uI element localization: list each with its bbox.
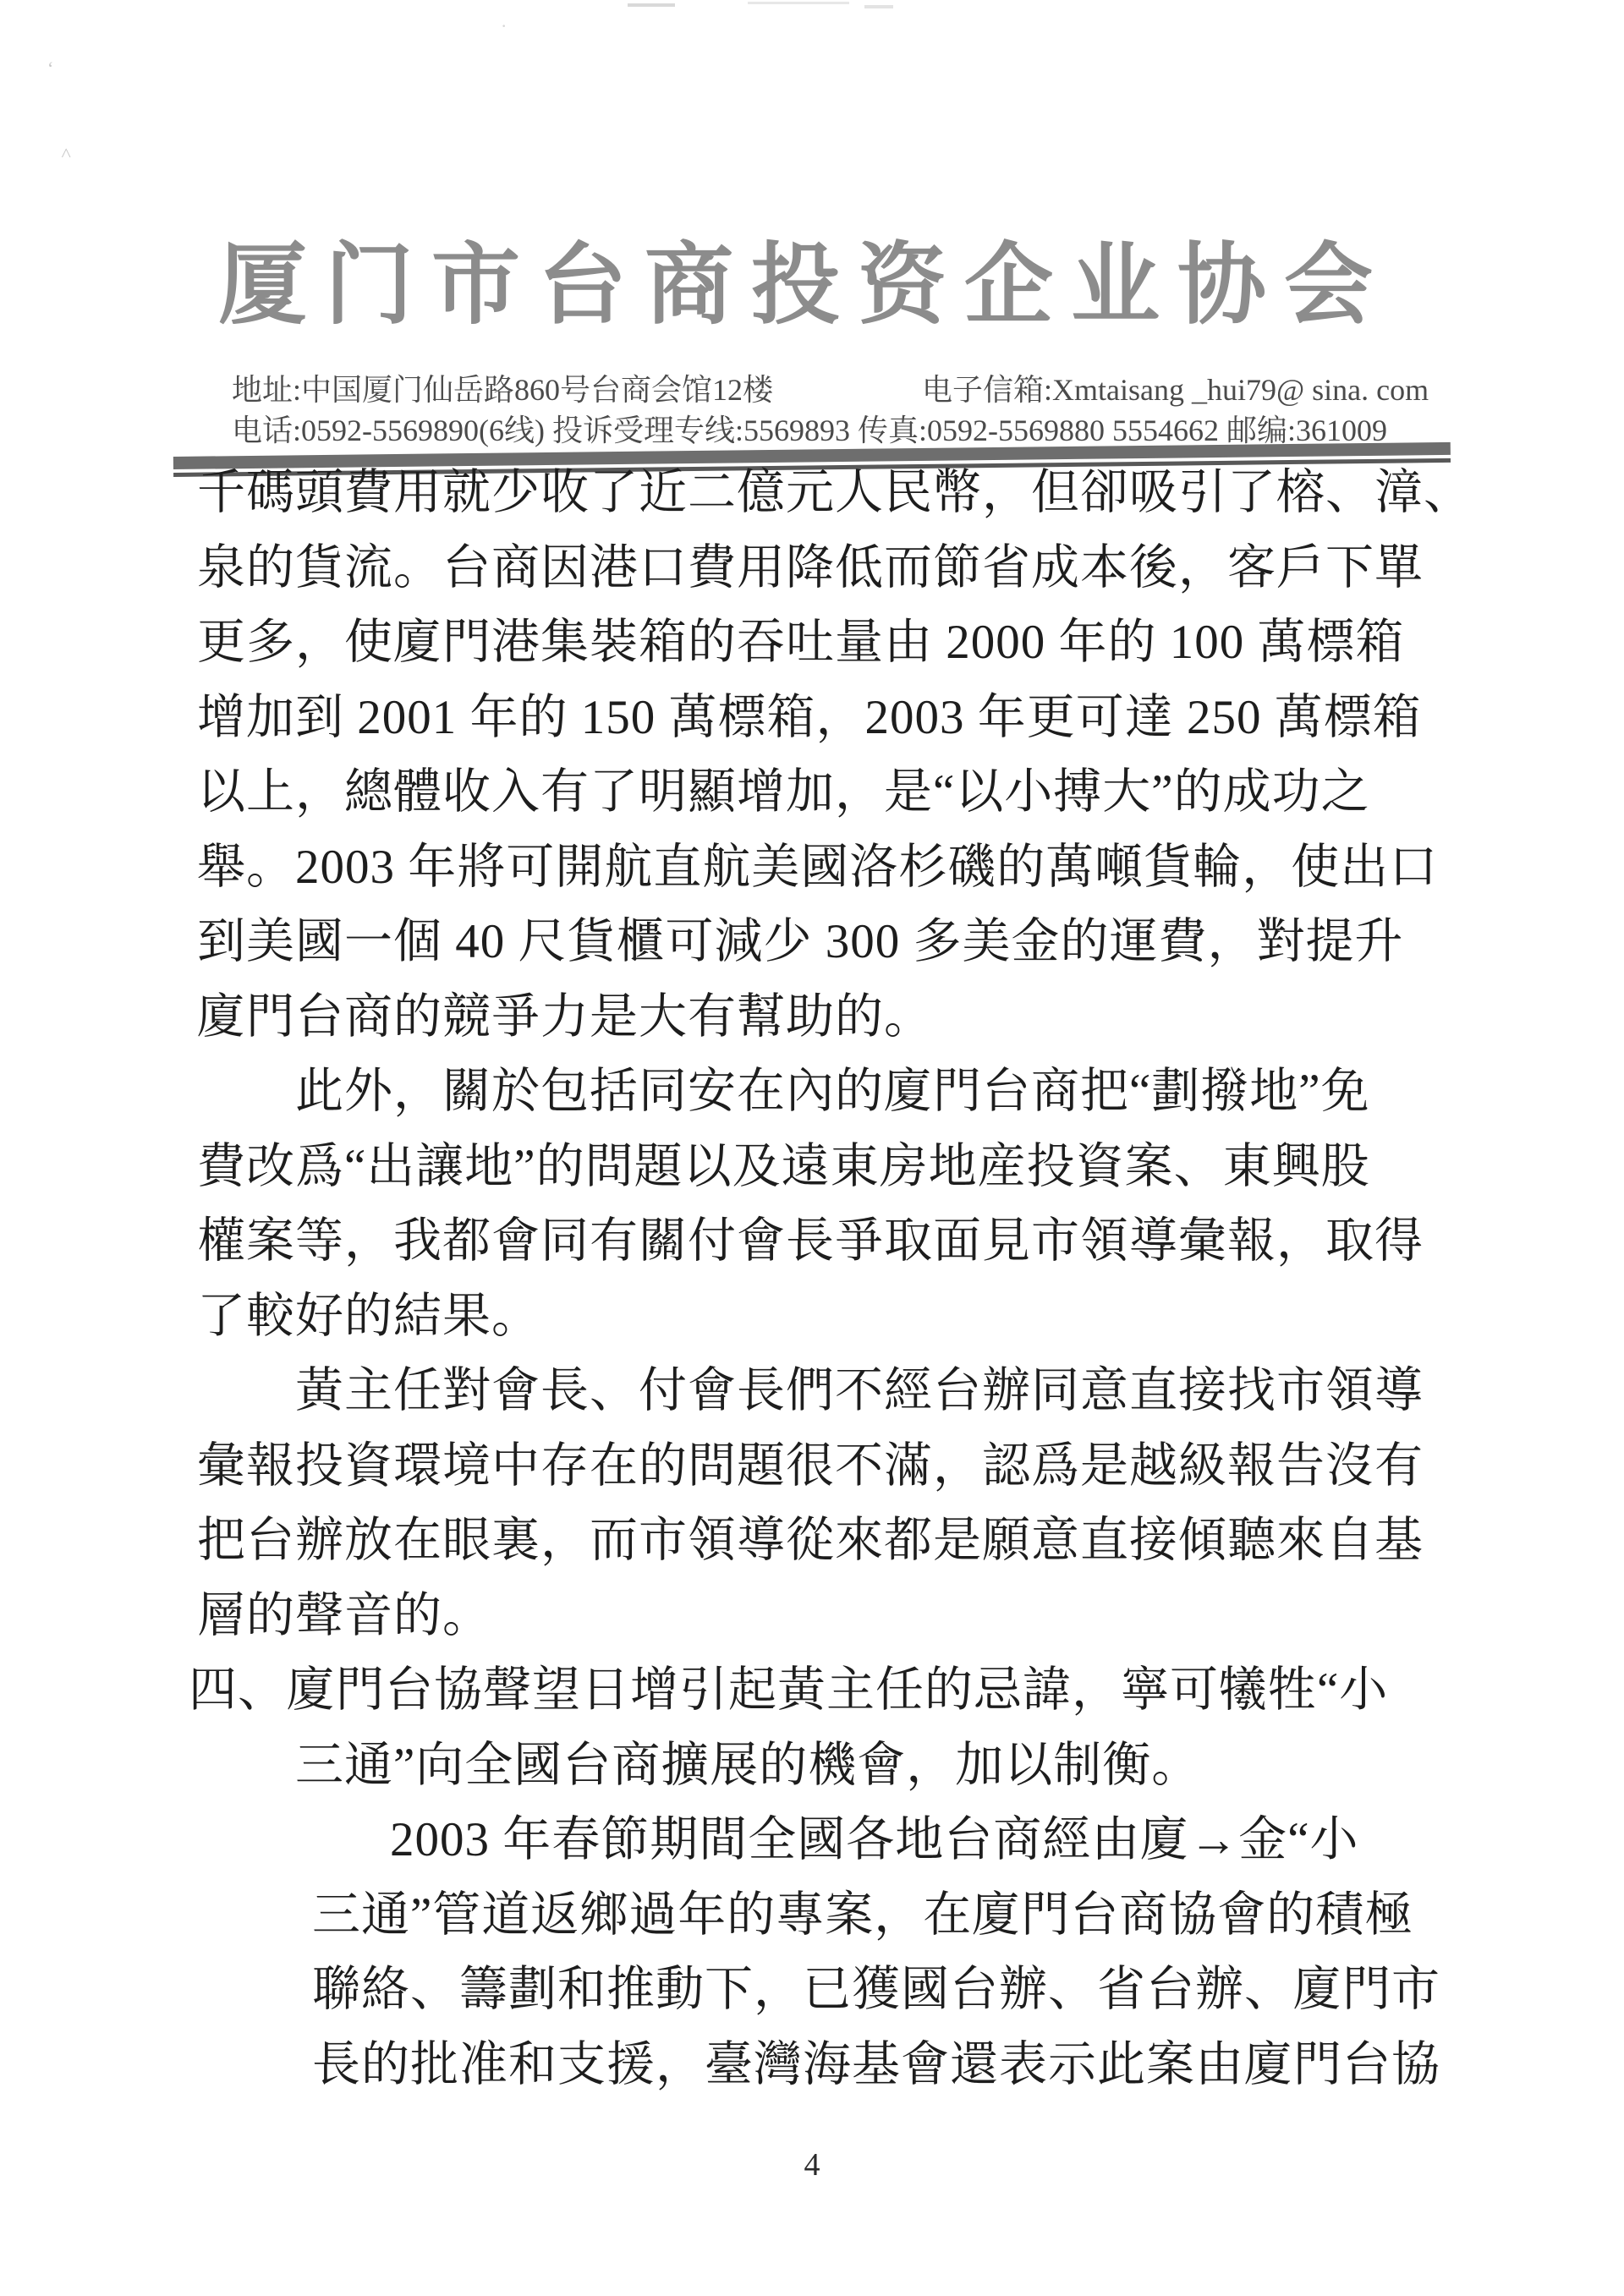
body-line: 更多，使廈門港集裝箱的吞吐量由 2000 年的 100 萬標箱: [197, 606, 1449, 681]
body-line: 到美國一個 40 尺貨櫃可減少 300 多美金的運費，對提升: [197, 905, 1449, 980]
body-line: 千碼頭費用就少收了近二億元人民幣，但卻吸引了榕、漳、: [197, 456, 1449, 531]
body-line: 2003 年春節期間全國各地台商經由廈→金“小: [197, 1803, 1449, 1878]
scan-artifact: ·: [501, 15, 507, 37]
header-contact-row-1: 地址:中国厦门仙岳路860号台商会馆12楼 电子信箱:Xmtaisang _hu…: [232, 370, 1416, 409]
body-line: 把台辦放在眼裏，而市領導從來都是願意直接傾聽來自基: [197, 1504, 1449, 1579]
letter-body: 千碼頭費用就少收了近二億元人民幣，但卻吸引了榕、漳、 泉的貨流。台商因港口費用降…: [197, 456, 1449, 2102]
body-line: 了較好的結果。: [197, 1280, 1449, 1355]
scanned-document-page: ʻ ˄ · 厦门市台商投资企业协会 地址:中国厦门仙岳路860号台商会馆12楼 …: [0, 0, 1624, 2296]
body-line: 泉的貨流。台商因港口費用降低而節省成本後，客戶下單: [197, 531, 1449, 606]
page-number: 4: [0, 2146, 1624, 2184]
body-line: 此外，關於包括同安在內的廈門台商把“劃撥地”免: [197, 1055, 1449, 1130]
body-line: 以上，總體收入有了明顯增加，是“以小搏大”的成功之: [197, 755, 1449, 830]
body-line: 聯絡、籌劃和推動下，已獲國台辦、省台辦、廈門市: [197, 1953, 1449, 2028]
body-line: 廈門台商的競爭力是大有幫助的。: [197, 980, 1449, 1055]
body-line: 彙報投資環境中存在的問題很不滿，認爲是越級報告沒有: [197, 1429, 1449, 1504]
body-line: 費改爲“出讓地”的問題以及遠東房地産投資案、東興股: [197, 1130, 1449, 1205]
body-line: 黃主任對會長、付會長們不經台辦同意直接找市領導: [197, 1354, 1449, 1429]
scan-artifact: [748, 2, 849, 4]
body-line: 權案等，我都會同有關付會長爭取面見市領導彙報，取得: [197, 1204, 1449, 1280]
body-line: 增加到 2001 年的 150 萬標箱，2003 年更可達 250 萬標箱: [197, 681, 1449, 756]
body-line: 舉。2003 年將可開航直航美國洛杉磯的萬噸貨輪，使出口: [197, 830, 1449, 906]
organization-title: 厦门市台商投资企业协会: [218, 227, 1406, 345]
scan-artifact: ʻ: [47, 58, 53, 79]
body-line: 四、廈門台協聲望日增引起黃主任的忌諱，寧可犧牲“小: [189, 1653, 1449, 1729]
scan-artifact: [864, 5, 893, 8]
email-line: 电子信箱:Xmtaisang _hui79@ sina. com: [922, 370, 1429, 409]
body-line: 長的批准和支援，臺灣海基會還表示此案由廈門台協: [197, 2028, 1449, 2103]
body-line: 層的聲音的。: [197, 1579, 1449, 1654]
scan-artifact: [628, 3, 675, 7]
phone-fax-line: 电话:0592-5569890(6线) 投诉受理专线:5569893 传真:05…: [232, 414, 1387, 447]
address-line: 地址:中国厦门仙岳路860号台商会馆12楼: [232, 373, 773, 407]
body-line: 三通”管道返鄉過年的專案，在廈門台商協會的積極: [197, 1878, 1449, 1954]
scan-artifact: ˄: [61, 142, 71, 164]
body-line: 三通”向全國台商擴展的機會，加以制衡。: [197, 1729, 1449, 1804]
